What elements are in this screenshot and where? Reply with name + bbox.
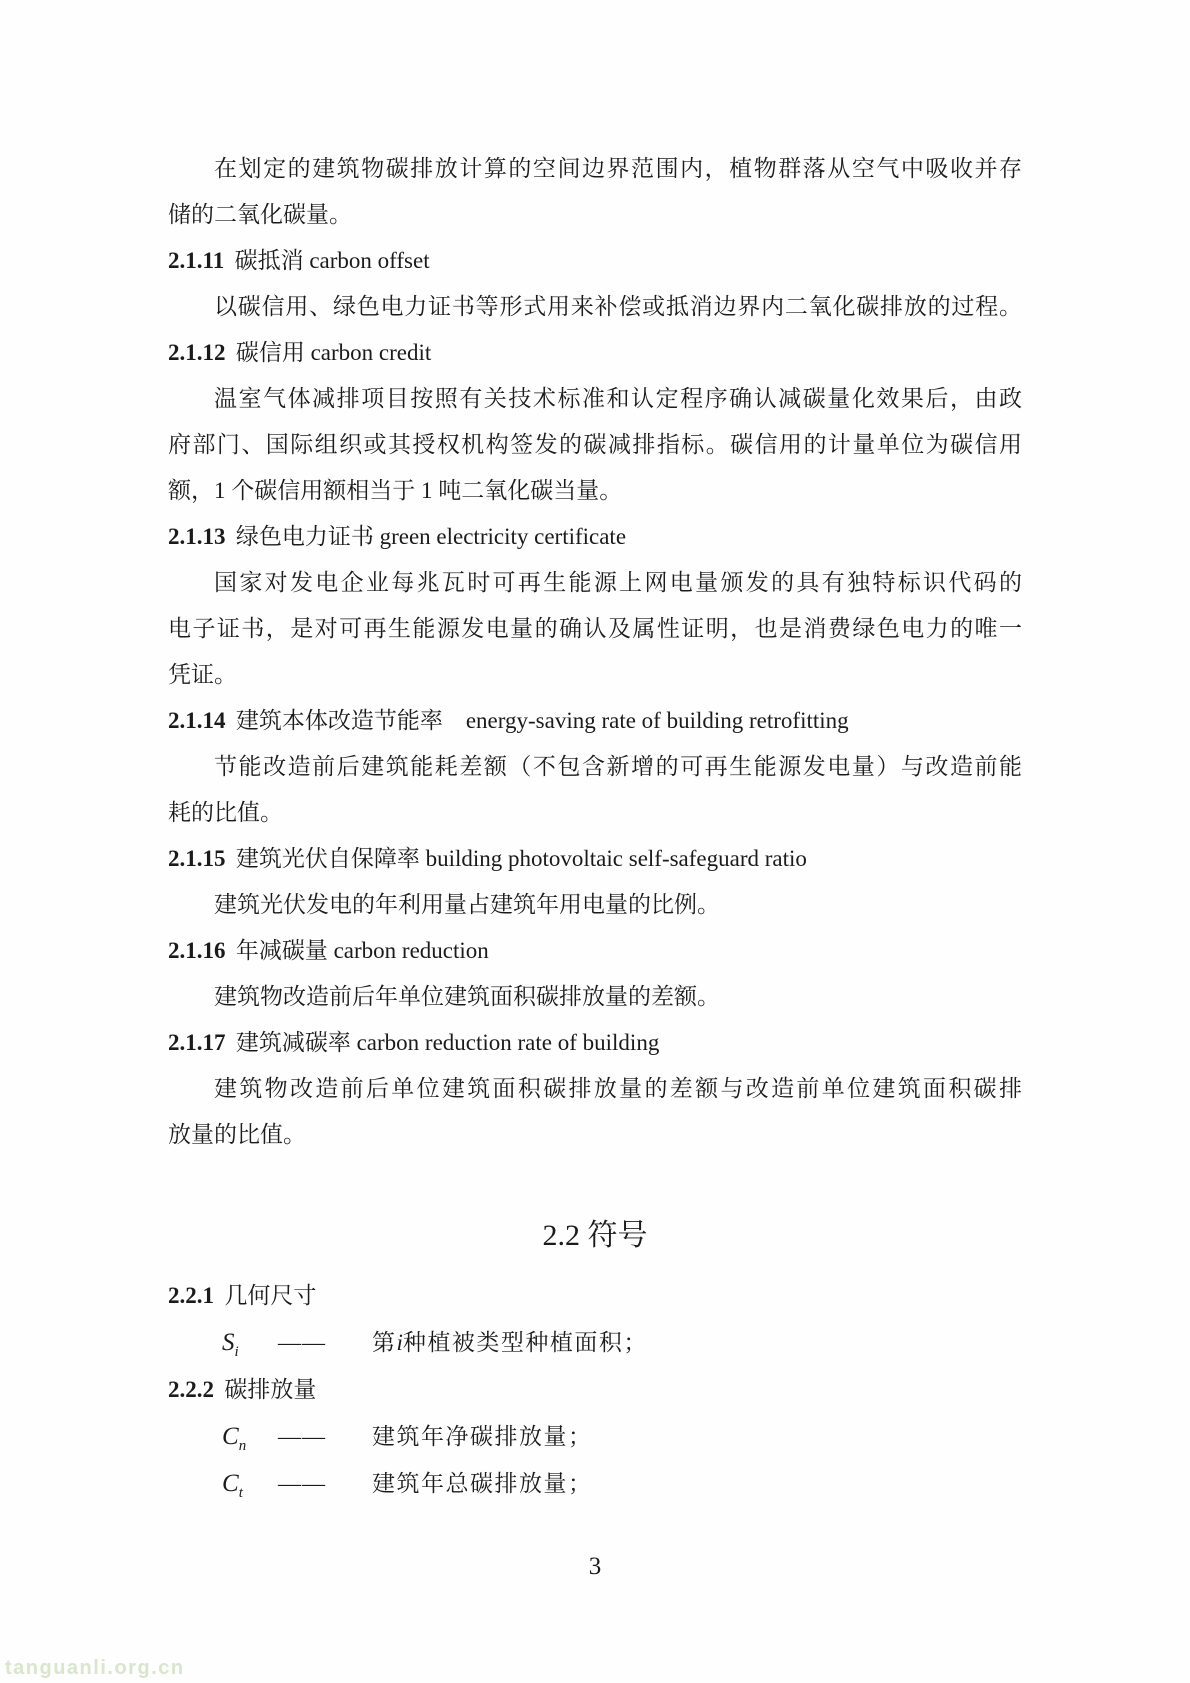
term-title: 建筑减碳率 carbon reduction rate of building bbox=[236, 1030, 659, 1055]
page-number: 3 bbox=[168, 1547, 1022, 1587]
symbol-subscript: i bbox=[235, 1344, 239, 1360]
paragraph-line: 储的二氧化碳量。 bbox=[168, 192, 1022, 238]
term-title: 绿色电力证书 green electricity certificate bbox=[236, 524, 626, 549]
term-heading-2-1-16: 2.1.16年减碳量 carbon reduction bbox=[168, 928, 1022, 974]
paragraph-line: 耗的比值。 bbox=[168, 790, 1022, 836]
term-number: 2.1.16 bbox=[168, 938, 226, 963]
symbol-definition-row: Cn —— 建筑年净碳排放量； bbox=[168, 1413, 1022, 1460]
term-heading-2-1-12: 2.1.12碳信用 carbon credit bbox=[168, 330, 1022, 376]
symbol-variable: Ct bbox=[222, 1460, 278, 1517]
symbol-dash: —— bbox=[278, 1319, 346, 1366]
description-text: 建筑年净碳排放量； bbox=[372, 1424, 593, 1449]
symbol-subscript: t bbox=[239, 1485, 243, 1501]
symbol-subscript: n bbox=[239, 1438, 247, 1454]
symbol-definition-row: Si —— 第i种植被类型种植面积； bbox=[168, 1319, 1022, 1366]
paragraph-line: 凭证。 bbox=[168, 652, 1022, 698]
sub-heading-number: 2.2.1 bbox=[168, 1283, 214, 1308]
symbol-dash: —— bbox=[278, 1460, 346, 1507]
paragraph-line: 国家对发电企业每兆瓦时可再生能源上网电量颁发的具有独特标识代码的 bbox=[168, 560, 1022, 606]
term-heading-2-1-14: 2.1.14建筑本体改造节能率 energy-saving rate of bu… bbox=[168, 698, 1022, 744]
paragraph-line: 温室气体减排项目按照有关技术标准和认定程序确认减碳量化效果后，由政 bbox=[168, 376, 1022, 422]
document-page: 在划定的建筑物碳排放计算的空间边界范围内，植物群落从空气中吸收并存 储的二氧化碳… bbox=[0, 0, 1190, 1683]
term-number: 2.1.13 bbox=[168, 524, 226, 549]
section-heading-symbols: 2.2 符号 bbox=[168, 1208, 1022, 1264]
paragraph-line: 建筑光伏发电的年利用量占建筑年用电量的比例。 bbox=[168, 882, 1022, 928]
symbol-letter: C bbox=[222, 1423, 239, 1450]
term-heading-2-1-15: 2.1.15建筑光伏自保障率 building photovoltaic sel… bbox=[168, 836, 1022, 882]
sub-heading-title: 碳排放量 bbox=[224, 1377, 316, 1402]
paragraph-line: 以碳信用、绿色电力证书等形式用来补偿或抵消边界内二氧化碳排放的过程。 bbox=[168, 284, 1022, 330]
term-title: 碳抵消 carbon offset bbox=[235, 248, 430, 273]
sub-heading-2-2-2: 2.2.2碳排放量 bbox=[168, 1366, 1022, 1413]
term-number: 2.1.12 bbox=[168, 340, 226, 365]
symbol-letter: S bbox=[222, 1329, 235, 1356]
symbol-letter: C bbox=[222, 1470, 239, 1497]
term-number: 2.1.14 bbox=[168, 708, 226, 733]
paragraph-line: 府部门、国际组织或其授权机构签发的碳减排指标。碳信用的计量单位为碳信用 bbox=[168, 422, 1022, 468]
symbol-description: 建筑年总碳排放量； bbox=[372, 1460, 593, 1507]
description-text: 种植被类型种植面积； bbox=[403, 1330, 648, 1355]
symbol-dash: —— bbox=[278, 1413, 346, 1460]
term-number: 2.1.17 bbox=[168, 1030, 226, 1055]
symbol-definition-row: Ct —— 建筑年总碳排放量； bbox=[168, 1460, 1022, 1507]
paragraph-line: 建筑物改造前后年单位建筑面积碳排放量的差额。 bbox=[168, 974, 1022, 1020]
symbol-description: 第i种植被类型种植面积； bbox=[372, 1319, 648, 1366]
paragraph-line: 放量的比值。 bbox=[168, 1112, 1022, 1158]
paragraph-line: 电子证书，是对可再生能源发电量的确认及属性证明，也是消费绿色电力的唯一 bbox=[168, 606, 1022, 652]
term-number: 2.1.11 bbox=[168, 248, 224, 273]
term-title: 建筑本体改造节能率 energy-saving rate of building… bbox=[236, 708, 849, 733]
sub-heading-number: 2.2.2 bbox=[168, 1377, 214, 1402]
term-title: 建筑光伏自保障率 building photovoltaic self-safe… bbox=[236, 846, 807, 871]
sub-heading-2-2-1: 2.2.1几何尺寸 bbox=[168, 1272, 1022, 1319]
term-title: 碳信用 carbon credit bbox=[236, 340, 431, 365]
symbol-description: 建筑年净碳排放量； bbox=[372, 1413, 593, 1460]
description-text: 第 bbox=[372, 1330, 397, 1355]
sub-heading-title: 几何尺寸 bbox=[224, 1283, 316, 1308]
term-title: 年减碳量 carbon reduction bbox=[236, 938, 489, 963]
description-text: 建筑年总碳排放量； bbox=[372, 1471, 593, 1496]
watermark-text: tanguanli.org.cn bbox=[5, 1656, 185, 1680]
paragraph-line: 额，1 个碳信用额相当于 1 吨二氧化碳当量。 bbox=[168, 468, 1022, 514]
term-heading-2-1-17: 2.1.17建筑减碳率 carbon reduction rate of bui… bbox=[168, 1020, 1022, 1066]
paragraph-line: 节能改造前后建筑能耗差额（不包含新增的可再生能源发电量）与改造前能 bbox=[168, 744, 1022, 790]
term-number: 2.1.15 bbox=[168, 846, 226, 871]
paragraph-line: 在划定的建筑物碳排放计算的空间边界范围内，植物群落从空气中吸收并存 bbox=[168, 146, 1022, 192]
term-heading-2-1-13: 2.1.13绿色电力证书 green electricity certifica… bbox=[168, 514, 1022, 560]
document-body: 在划定的建筑物碳排放计算的空间边界范围内，植物群落从空气中吸收并存 储的二氧化碳… bbox=[168, 146, 1022, 1587]
term-heading-2-1-11: 2.1.11碳抵消 carbon offset bbox=[168, 238, 1022, 284]
paragraph-line: 建筑物改造前后单位建筑面积碳排放量的差额与改造前单位建筑面积碳排 bbox=[168, 1066, 1022, 1112]
